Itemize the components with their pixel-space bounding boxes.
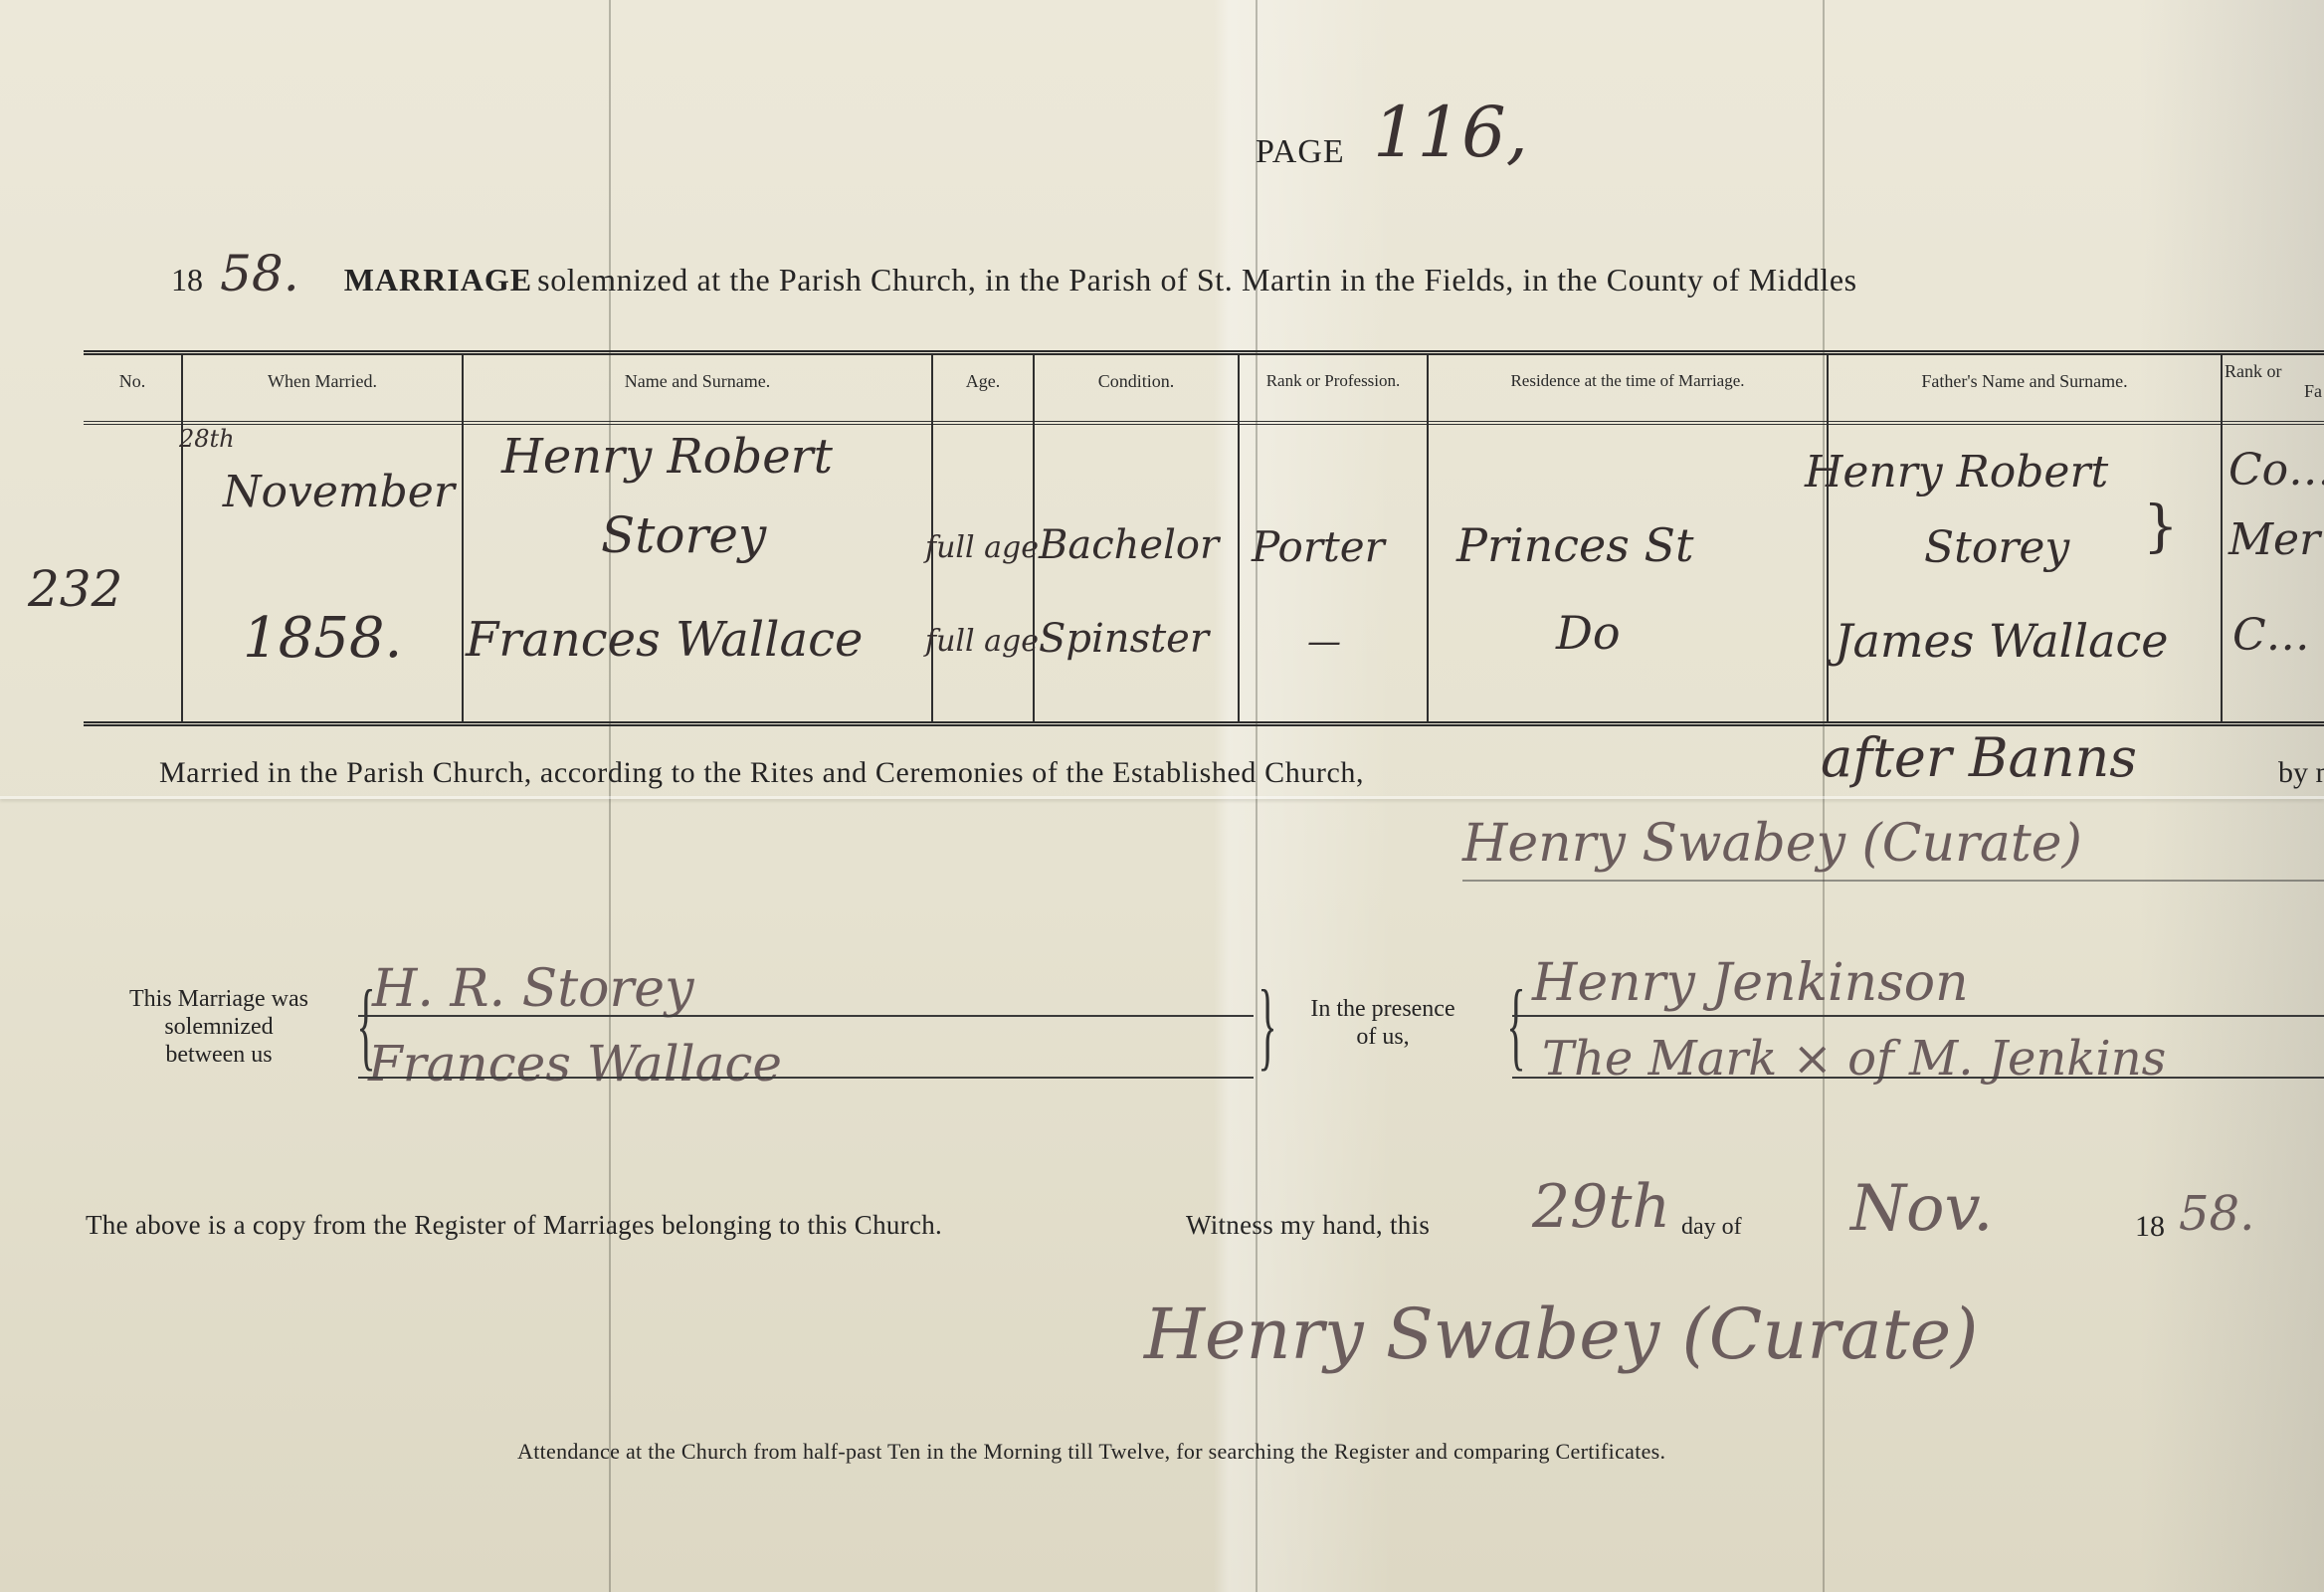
header-no: No.	[84, 371, 181, 391]
column-divider	[2221, 355, 2223, 721]
right-brace: }	[1258, 975, 1276, 1075]
header-age: Age.	[933, 371, 1033, 391]
ceremony-by-me: by me	[2278, 756, 2324, 790]
groom-profession: Porter	[1252, 522, 1385, 571]
certification-day: 29th	[1532, 1172, 1670, 1242]
header-when-married: When Married.	[183, 371, 462, 391]
header-condition: Condition.	[1035, 371, 1238, 391]
groom-age: full age	[925, 530, 1039, 565]
solemnized-label-line: between us	[99, 1041, 338, 1069]
bride-name: Frances Wallace	[466, 612, 863, 668]
groom-father-line2: Storey	[1924, 522, 2069, 573]
entry-month: November	[223, 467, 455, 517]
header-residence: Residence at the time of Marriage.	[1429, 371, 1827, 391]
ceremony-text: Married in the Parish Church, according …	[159, 756, 1364, 790]
signature-line	[1512, 1015, 2324, 1017]
bride-age: full age	[925, 624, 1039, 659]
header-father-profession-line1: Rank or	[2225, 361, 2324, 381]
column-divider	[1427, 355, 1429, 721]
groom-residence: Princes St	[1456, 518, 1694, 572]
title-marriage: MARRIAGE	[344, 262, 532, 298]
witness-label: In the presence of us,	[1283, 995, 1482, 1051]
header-father-profession-line2: Fa	[2225, 381, 2324, 401]
witness-my-hand: Witness my hand, this	[1186, 1210, 1430, 1241]
day-of-label: day of	[1681, 1214, 1742, 1241]
bride-profession: —	[1307, 622, 1341, 662]
certification-month: Nov.	[1850, 1172, 1993, 1246]
bride-father-profession: C…	[2232, 610, 2310, 661]
attendance-note: Attendance at the Church from half-past …	[517, 1439, 1665, 1465]
officiant-signature: Henry Swabey (Curate)	[1462, 814, 2082, 874]
groom-name-line1: Henry Robert	[501, 429, 833, 485]
year-suffix: 58.	[220, 245, 299, 302]
column-divider	[462, 355, 464, 721]
register-table: No. When Married. Name and Surname. Age.…	[84, 350, 2324, 726]
groom-signature: H. R. Storey	[372, 959, 693, 1019]
column-divider	[1827, 355, 1829, 721]
column-divider	[181, 355, 183, 721]
witness-brace: {	[1506, 975, 1525, 1075]
witness-label-line: In the presence	[1283, 995, 1482, 1023]
bride-father-name: James Wallace	[1835, 614, 2168, 668]
witness-signature-1: Henry Jenkinson	[1532, 953, 1969, 1013]
solemnized-label-line: solemnized	[99, 1013, 338, 1041]
father-bracket: }	[2143, 495, 2179, 559]
entry-number: 232	[28, 560, 122, 618]
groom-father-profession-extra: Mer…	[2228, 514, 2324, 565]
entry-year: 1858.	[243, 606, 402, 671]
signature-line	[1462, 880, 2324, 882]
column-divider	[1238, 355, 1240, 721]
solemnized-label: This Marriage was solemnized between us	[99, 985, 338, 1069]
header-father-profession: Rank or Fa	[2225, 361, 2324, 401]
register-title: 18 58. MARRIAGE solemnized at the Parish…	[171, 245, 1857, 302]
bride-signature: Frances Wallace	[368, 1035, 782, 1093]
groom-father-profession: Co…	[2228, 445, 2324, 496]
curate-signature: Henry Swabey (Curate)	[1144, 1293, 1978, 1375]
signature-line	[358, 1015, 1254, 1017]
entry-day: 28th	[179, 425, 235, 453]
year-prefix: 18	[171, 262, 203, 298]
witness-label-line: of us,	[1283, 1023, 1482, 1051]
bride-residence: Do	[1556, 606, 1621, 660]
page-number: 116,	[1373, 92, 1528, 173]
signature-line	[1512, 1077, 2324, 1079]
header-father-name: Father's Name and Surname.	[1829, 371, 2221, 391]
page-label: PAGE	[1256, 133, 1345, 171]
bride-condition: Spinster	[1039, 616, 1209, 662]
groom-father-line1: Henry Robert	[1805, 447, 2108, 497]
header-profession: Rank or Profession.	[1240, 371, 1427, 391]
solemnized-label-line: This Marriage was	[99, 985, 338, 1013]
ceremony-after-banns: after Banns	[1821, 726, 2137, 789]
header-name: Name and Surname.	[464, 371, 931, 391]
groom-name-line2: Storey	[601, 506, 766, 564]
certification-year-suffix: 58.	[2179, 1186, 2254, 1242]
paper-fold	[0, 796, 2324, 799]
signature-line	[358, 1077, 1254, 1079]
groom-condition: Bachelor	[1039, 522, 1219, 568]
certification-year-prefix: 18	[2135, 1210, 2165, 1244]
certification-text: The above is a copy from the Register of…	[86, 1210, 942, 1241]
title-rest: solemnized at the Parish Church, in the …	[537, 262, 1857, 298]
